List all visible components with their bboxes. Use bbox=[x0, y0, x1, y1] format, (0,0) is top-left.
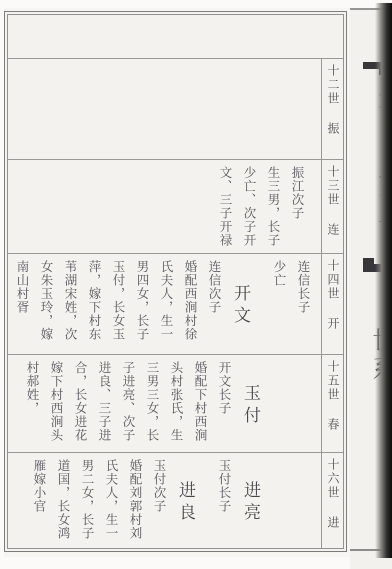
entry-parent-note: 开文长子 bbox=[212, 361, 236, 450]
generation-14-header: 十四世 开 bbox=[321, 254, 343, 354]
generation-row-14: 连信长子 少亡 开文 连信次子 婚配西涧村徐氏夫人，生一男四女，长子玉付，长女玉… bbox=[8, 253, 343, 354]
entry-parent-note: 振江次子 bbox=[285, 166, 309, 251]
generation-14-content: 连信长子 少亡 开文 连信次子 婚配西涧村徐氏夫人，生一男四女，长子玉付，长女玉… bbox=[8, 254, 321, 354]
scan-margin-left bbox=[0, 0, 4, 569]
generation-name: 开 bbox=[326, 317, 340, 331]
generation-number: 十六世 bbox=[326, 458, 340, 500]
top-empty-band bbox=[8, 15, 343, 58]
generation-name: 进 bbox=[326, 516, 340, 530]
generation-16-header: 十六世 进 （兴） bbox=[321, 453, 343, 548]
person-name: 进亮 bbox=[236, 459, 263, 546]
title-bracket-bottom-icon bbox=[363, 258, 374, 264]
generation-13-content: 振江次子 生三男，长子少亡、次子开文、三子开禄 bbox=[8, 160, 321, 253]
book-edge-shadow bbox=[375, 3, 392, 558]
entry-parent-note: 玉付长子 bbox=[212, 459, 236, 546]
person-name: 玉付 bbox=[236, 361, 263, 450]
generation-row-12: 十二世 振 bbox=[8, 58, 343, 159]
generation-12-header: 十二世 振 bbox=[321, 59, 343, 159]
generation-number: 十二世 bbox=[326, 64, 340, 106]
person-entry: 玉付 开文长子 婚配下村西涧头村张氏，生三男三女，长子进亮、次子进良、三子进合，… bbox=[20, 361, 263, 450]
generation-12-content bbox=[8, 59, 321, 159]
entry-description: 婚配刘郭村刘氏夫人，生一男二女，长子道国，长女鸿雁嫁小官 bbox=[27, 459, 147, 546]
generation-name: 振 bbox=[326, 122, 340, 136]
entry-parent-note: 玉付次子 bbox=[147, 459, 171, 546]
person-entry: 连信长子 少亡 bbox=[267, 260, 315, 352]
entry-description: 婚配西涧村徐氏夫人，生一男四女，长子玉付，长女玉萍，嫁下村东苇湖宋姓，次女朱玉玲… bbox=[10, 260, 202, 352]
person-entry: 振江次子 生三男，长子少亡、次子开文、三子开禄 bbox=[213, 166, 309, 251]
generation-13-header: 十三世 连 bbox=[321, 160, 343, 253]
table-inner-border: 十二世 振 振江次子 生三男，长子少亡、次子开文、三子开禄 十三世 连 bbox=[7, 14, 344, 549]
generation-row-15: 玉付 开文长子 婚配下村西涧头村张氏，生三男三女，长子进亮、次子进良、三子进合，… bbox=[8, 354, 343, 452]
generation-15-content: 玉付 开文长子 婚配下村西涧头村张氏，生三男三女，长子进亮、次子进良、三子进合，… bbox=[8, 355, 321, 452]
generation-row-16: 进亮 玉付长子 进良 玉付次子 婚配刘郭村刘氏夫人，生一男二女，长子道国，长女鸿… bbox=[8, 452, 343, 548]
entry-parent-note: 连信次子 bbox=[202, 260, 226, 352]
genealogy-page-scan: 十二世 振 振江次子 生三男，长子少亡、次子开文、三子开禄 十三世 连 bbox=[0, 0, 392, 569]
person-name: 进良 bbox=[171, 459, 198, 546]
generation-16-content: 进亮 玉付长子 进良 玉付次子 婚配刘郭村刘氏夫人，生一男二女，长子道国，长女鸿… bbox=[8, 453, 321, 548]
generation-number: 十五世 bbox=[326, 360, 340, 402]
scan-margin-top bbox=[0, 0, 392, 8]
entry-description: 婚配下村西涧头村张氏，生三男三女，长子进亮、次子进良、三子进合，长女进花嫁下村西… bbox=[20, 361, 212, 450]
person-entry: 进良 玉付次子 婚配刘郭村刘氏夫人，生一男二女，长子道国，长女鸿雁嫁小官 bbox=[27, 459, 198, 546]
generation-row-13: 振江次子 生三男，长子少亡、次子开文、三子开禄 十三世 连 bbox=[8, 159, 343, 253]
entry-description: 少亡 bbox=[267, 260, 291, 352]
generation-name: 连 bbox=[326, 223, 340, 237]
generation-name: 春 bbox=[326, 418, 340, 432]
table-outer-border: 十二世 振 振江次子 生三男，长子少亡、次子开文、三子开禄 十三世 连 bbox=[4, 11, 347, 552]
person-name: 开文 bbox=[226, 260, 253, 352]
person-entry: 开文 连信次子 婚配西涧村徐氏夫人，生一男四女，长子玉付，长女玉萍，嫁下村东苇湖… bbox=[10, 260, 253, 352]
generation-15-header: 十五世 春 （玉） bbox=[321, 355, 343, 452]
entry-parent-note: 连信长子 bbox=[291, 260, 315, 352]
generation-number: 十三世 bbox=[326, 165, 340, 207]
scan-margin-bottom bbox=[0, 557, 350, 569]
entry-description: 生三男，长子少亡、次子开文、三子开禄 bbox=[213, 166, 285, 251]
person-entry: 进亮 玉付长子 bbox=[212, 459, 263, 546]
generation-number: 十四世 bbox=[326, 259, 340, 301]
